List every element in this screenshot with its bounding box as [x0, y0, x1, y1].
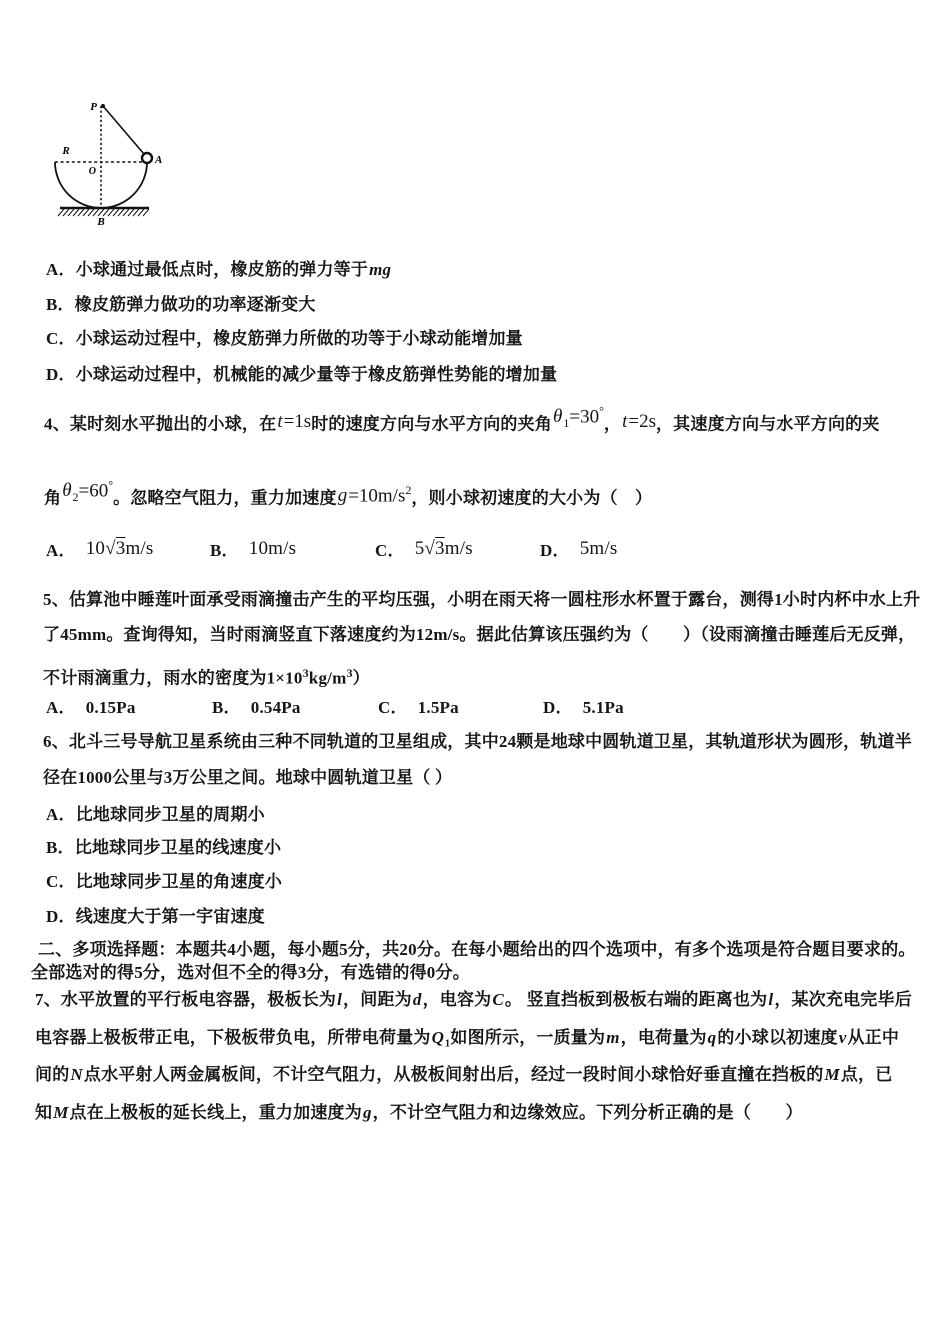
- q6-option-b-text: 比地球同步卫星的线速度小: [75, 838, 281, 857]
- q3-option-a: A．小球通过最低点时，橡皮筋的弹力等于mg: [46, 257, 392, 283]
- q3-option-c-text: 小球运动过程中，橡皮筋弹力所做的功等于小球动能增加量: [76, 329, 523, 348]
- q3-option-d-label: D．: [46, 365, 76, 384]
- q7-l3-text-4: 点，已: [841, 1065, 893, 1084]
- q6-stem-line-2: 径在1000公里与3万公里之间。地球中圆轨道卫星（ ）: [43, 765, 452, 791]
- q6-option-a: A．比地球同步卫星的周期小: [46, 802, 265, 828]
- diagram-label-p: P: [90, 101, 97, 113]
- q5-option-b-value: 0.54Pa: [251, 698, 301, 717]
- q5-l3-text-a: 不计雨滴重力，雨水的密度为1×10: [43, 669, 303, 688]
- diagram-rubber-band: [103, 106, 144, 154]
- q3-option-a-math: mg: [368, 260, 392, 279]
- q7-l1-var-c: C: [491, 990, 505, 1009]
- q3-option-b: B．橡皮筋弹力做功的功率逐渐变大: [46, 292, 316, 318]
- physics-diagram: P R O A B: [52, 96, 170, 226]
- q7-stem-line-3: 间的N点水平射人两金属板间，不计空气阻力，从极板间射出后，经过一段时间小球恰好垂…: [35, 1062, 892, 1088]
- q4-theta2-equation: θ2=60°: [61, 472, 113, 510]
- q4-option-b-label: B．: [210, 541, 239, 560]
- q7-l1-text-4: ，电容为: [423, 990, 492, 1009]
- q4-option-a-label: A．: [46, 541, 76, 560]
- q6-option-b-label: B．: [46, 838, 75, 857]
- q3-option-b-label: B．: [46, 295, 75, 314]
- q6-option-d-label: D．: [46, 907, 76, 926]
- q7-l2-var-q1: Q: [431, 1028, 445, 1047]
- section2-instructions-line-2: 全部选对的得5分，选对但不全的得3分，有选错的得0分。: [31, 960, 470, 986]
- q5-option-d-value: 5.1Pa: [583, 698, 624, 717]
- q4-l1-text-a: 4、某时刻水平抛出的小球，在: [44, 414, 276, 433]
- q4-t1-equation: t=1s: [276, 409, 311, 435]
- q6-option-d-text: 线速度大于第一宇宙速度: [76, 907, 265, 926]
- q7-l2-text-8: 从正中: [848, 1028, 900, 1047]
- q4-option-d-value: 5m/s: [580, 536, 618, 562]
- q7-l2-text-2: ₁如图所示，一质量为: [445, 1028, 605, 1047]
- q7-l1-var-l: l: [336, 990, 343, 1009]
- q5-option-a-label: A．: [46, 698, 76, 717]
- q5-stem-line-2: 了45mm。查询得知，当时雨滴竖直下落速度约为12m/s。据此估算该压强约为（ …: [43, 622, 915, 648]
- diagram-ground-hatching: [58, 209, 149, 216]
- q7-l1-text-0: 7、水平放置的平行板电容器，极板长为: [35, 990, 336, 1009]
- q3-option-d-text: 小球运动过程中，机械能的减少量等于橡皮筋弹性势能的增加量: [76, 365, 558, 384]
- q5-option-d: D．5.1Pa: [543, 695, 624, 721]
- q7-l1-text-8: ，某次充电完毕后: [774, 990, 912, 1009]
- q4-l1-text-d: ，其速度方向与水平方向的夹: [656, 414, 880, 433]
- q7-l4-var-m: M: [52, 1103, 69, 1122]
- q7-l4-text-4: ，不计空气阻力和边缘效应。下列分析正确的是（ ）: [373, 1103, 803, 1122]
- q4-t2-equation: t=2s: [621, 409, 656, 435]
- q7-l4-text-2: 点在上极板的延长线上，重力加速度为: [70, 1103, 362, 1122]
- q3-option-a-text: 小球通过最低点时，橡皮筋的弹力等于: [76, 260, 368, 279]
- q5-stem-line-1: 5、估算池中睡莲叶面承受雨滴撞击产生的平均压强，小明在雨天将一圆柱形水杯置于露台…: [43, 587, 920, 613]
- q4-option-a: A．10√3m/s: [46, 538, 154, 564]
- q4-option-d-label: D．: [540, 541, 570, 560]
- q5-option-c: C．1.5Pa: [378, 695, 459, 721]
- q6-option-c-label: C．: [46, 872, 76, 891]
- q7-l2-text-4: ，电荷量为: [621, 1028, 707, 1047]
- q7-l2-var-q: q: [707, 1028, 718, 1047]
- q7-stem-line-2: 电容器上极板带正电，下极板带负电，所带电荷量为Q₁如图所示，一质量为m，电荷量为…: [35, 1025, 899, 1051]
- diagram-point-p-dot: [101, 104, 105, 108]
- q7-l4-var-g: g: [362, 1103, 373, 1122]
- q4-option-c-value: 5√3m/s: [415, 536, 473, 562]
- q7-l2-text-6: 的小球以初速度: [717, 1028, 837, 1047]
- q4-l1-text-c: ，: [604, 414, 621, 433]
- q3-option-a-label: A．: [46, 260, 76, 279]
- q4-stem-line-2: 角θ2=60°。忽略空气阻力，重力加速度g=10m/s2，则小球初速度的大小为（…: [44, 479, 652, 517]
- diagram-label-r: R: [61, 145, 69, 157]
- q7-l2-var-v: v: [838, 1028, 848, 1047]
- q7-l3-text-0: 间的: [35, 1065, 69, 1084]
- q6-option-c-text: 比地球同步卫星的角速度小: [76, 872, 282, 891]
- q5-option-a-value: 0.15Pa: [86, 698, 136, 717]
- q4-theta1-equation: θ1=30°: [552, 398, 604, 436]
- q3-option-d: D．小球运动过程中，机械能的减少量等于橡皮筋弹性势能的增加量: [46, 362, 557, 388]
- q3-option-c: C．小球运动过程中，橡皮筋弹力所做的功等于小球动能增加量: [46, 326, 523, 352]
- q7-l1-text-6: 。 竖直挡板到极板右端的距离也为: [505, 990, 767, 1009]
- q7-l1-text-2: ，间距为: [343, 990, 412, 1009]
- q4-option-c: C．5√3m/s: [375, 538, 473, 564]
- q5-stem-line-3: 不计雨滴重力，雨水的密度为1×103kg/m3）: [43, 660, 370, 692]
- q7-l3-var-m: M: [824, 1065, 841, 1084]
- q4-g-equation: g=10m/s2: [337, 477, 412, 509]
- diagram-label-o: O: [89, 166, 96, 177]
- q7-stem-line-1: 7、水平放置的平行板电容器，极板长为l，间距为d，电容为C。 竖直挡板到极板右端…: [35, 987, 912, 1013]
- q4-option-b: B．10m/s: [210, 538, 296, 564]
- q6-option-b: B．比地球同步卫星的线速度小: [46, 835, 281, 861]
- q4-l2-text-b: 。忽略空气阻力，重力加速度: [113, 488, 337, 507]
- q3-option-b-text: 橡皮筋弹力做功的功率逐渐变大: [75, 295, 316, 314]
- q6-option-a-text: 比地球同步卫星的周期小: [76, 805, 265, 824]
- q5-option-c-label: C．: [378, 698, 408, 717]
- q5-option-d-label: D．: [543, 698, 573, 717]
- q7-stem-line-4: 知M点在上极板的延长线上，重力加速度为g，不计空气阻力和边缘效应。下列分析正确的…: [35, 1100, 803, 1126]
- diagram-ball-a: [142, 153, 152, 163]
- q6-option-c: C．比地球同步卫星的角速度小: [46, 869, 282, 895]
- q7-l3-text-2: 点水平射人两金属板间，不计空气阻力，从极板间射出后，经过一段时间小球恰好垂直撞在…: [84, 1065, 824, 1084]
- q5-option-a: A．0.15Pa: [46, 695, 136, 721]
- q7-l2-var-m: m: [605, 1028, 620, 1047]
- exam-page: P R O A B A．小球通过最低点时，橡皮筋的弹力等于mg B．橡皮筋弹力做…: [0, 0, 950, 1344]
- q4-option-c-label: C．: [375, 541, 405, 560]
- q7-l3-var-n: N: [69, 1065, 83, 1084]
- q7-l4-text-0: 知: [35, 1103, 52, 1122]
- q6-stem-line-1: 6、北斗三号导航卫星系统由三种不同轨道的卫星组成，其中24颗是地球中圆轨道卫星，…: [43, 729, 912, 755]
- q5-option-b: B．0.54Pa: [212, 695, 301, 721]
- diagram-label-b: B: [96, 216, 104, 226]
- diagram-label-a: A: [154, 154, 162, 166]
- q4-l1-text-b: 时的速度方向与水平方向的夹角: [311, 414, 552, 433]
- q6-option-d: D．线速度大于第一宇宙速度: [46, 904, 265, 930]
- q4-l2-text-a: 角: [44, 488, 61, 507]
- q3-option-c-label: C．: [46, 329, 76, 348]
- q4-option-d: D．5m/s: [540, 538, 617, 564]
- q7-l1-var-d: d: [412, 990, 423, 1009]
- q5-option-b-label: B．: [212, 698, 241, 717]
- q4-stem-line-1: 4、某时刻水平抛出的小球，在t=1s时的速度方向与水平方向的夹角θ1=30°，t…: [44, 405, 880, 443]
- q5-option-c-value: 1.5Pa: [418, 698, 459, 717]
- q4-option-a-value: 10√3m/s: [86, 536, 154, 562]
- q5-l3-text-c: ）: [353, 669, 370, 688]
- q6-option-a-label: A．: [46, 805, 76, 824]
- q5-l3-text-b: kg/m: [309, 669, 347, 688]
- q4-option-b-value: 10m/s: [249, 536, 296, 562]
- q4-l2-text-c: ，则小球初速度的大小为（ ）: [411, 488, 652, 507]
- q7-l2-text-0: 电容器上极板带正电，下极板带负电，所带电荷量为: [35, 1028, 431, 1047]
